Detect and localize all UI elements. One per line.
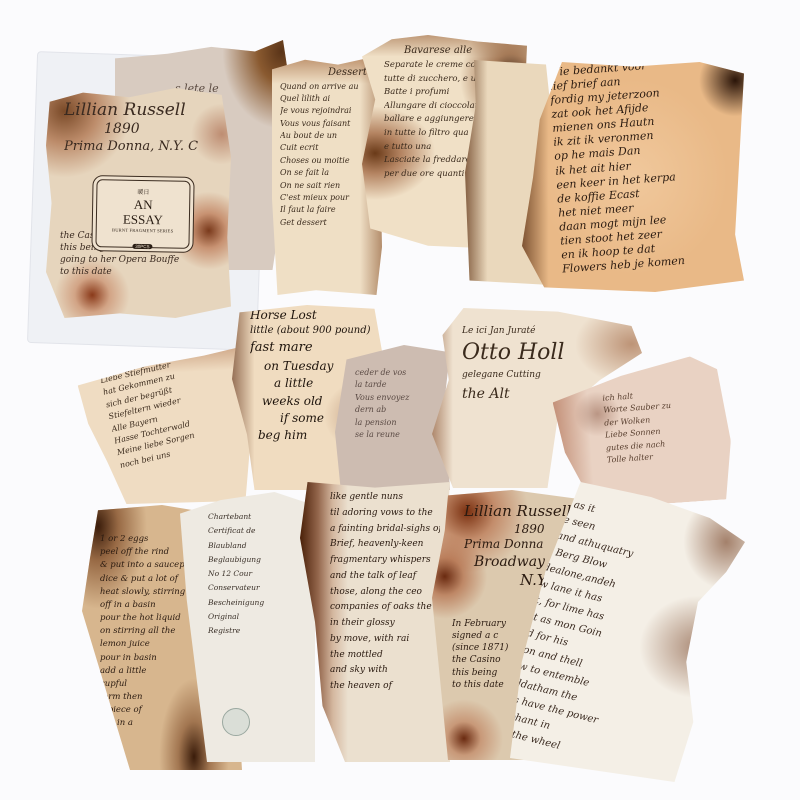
paper-piece-gray-letter: ceder de vos la tarde Vous envoyez dern … bbox=[335, 345, 450, 490]
handwriting-line: Bescheinigung bbox=[208, 596, 305, 610]
handwriting-heading: Dessert bbox=[280, 65, 372, 81]
handwriting-line: dern ab bbox=[355, 404, 440, 416]
handwriting-line: Registre bbox=[208, 624, 305, 638]
package-title-line2: ESSAY bbox=[97, 212, 189, 227]
cover-handwriting-title: Prima Donna, N.Y. C bbox=[64, 139, 221, 155]
handwriting-line: in their glossy bbox=[330, 616, 440, 632]
handwriting-line: til adoring vows to the bbox=[330, 506, 440, 522]
calligraphy-title: Otto Holl bbox=[462, 339, 632, 368]
handwriting-line: On se fait la bbox=[280, 167, 372, 179]
handwriting-line: Cuit ecrit bbox=[280, 142, 372, 154]
handwriting-heading: Horse Lost bbox=[250, 307, 372, 324]
handwriting-line: the heaven of bbox=[330, 679, 440, 695]
handwriting-line: ceder de vos bbox=[355, 367, 440, 379]
handwriting-line: la pension bbox=[355, 417, 440, 429]
cover-handwriting-line: going to her Opera Bouffe bbox=[60, 254, 221, 266]
handwriting-line: Get dessert bbox=[280, 217, 372, 229]
handwriting-line: Le ici Jan Juraté bbox=[462, 324, 632, 339]
handwriting-line: Original bbox=[208, 610, 305, 624]
paper-piece-german-script: Liebe Stiefmutter hat Gekommen zu sich d… bbox=[76, 346, 254, 510]
handwriting-line: Au bout de un bbox=[280, 130, 372, 142]
handwriting-line: Choses ou moitie bbox=[280, 155, 372, 167]
cover-handwriting-line: to this date bbox=[60, 266, 221, 278]
handwriting-heading: Bavarese alle bbox=[384, 43, 517, 59]
handwriting-line: Brief, heavenly-keen bbox=[330, 537, 440, 553]
package-series: BURNT FRAGMENT SERIES bbox=[97, 227, 189, 234]
handwriting-line: like gentle nuns bbox=[330, 490, 440, 506]
handwriting-line: fragmentary whispers bbox=[330, 553, 440, 569]
product-photo: s lete le mm. tun ahl fur Lillian Russel… bbox=[0, 0, 800, 800]
handwriting-line: se la reune bbox=[355, 429, 440, 441]
handwriting-line: Quel lilith ai bbox=[280, 93, 372, 105]
cover-handwriting-year: 1890 bbox=[64, 121, 221, 139]
handwriting-line: No 12 Cour bbox=[208, 567, 305, 581]
count-badge: 30PCS bbox=[132, 244, 152, 249]
handwriting-line: a fainting bridal-sighs of bbox=[330, 522, 440, 538]
cover-handwriting-name: Lillian Russell bbox=[64, 100, 221, 121]
official-stamp-icon bbox=[222, 708, 250, 736]
handwriting-name: Lillian Russell bbox=[464, 502, 582, 522]
paper-piece-dutch-letter: Wie bedankt voor lief brief aan fordig m… bbox=[522, 62, 744, 292]
handwriting-line: little (about 900 pound) bbox=[250, 324, 372, 339]
handwriting-line: Vous vous faisant bbox=[280, 118, 372, 130]
handwriting-line: the mottled bbox=[330, 648, 440, 664]
handwriting-line: Il faut la faire bbox=[280, 204, 372, 216]
handwriting-line: those, along the ceo bbox=[330, 585, 440, 601]
handwriting-line: fast mare bbox=[250, 339, 372, 358]
brand-logo: 暖日 bbox=[97, 186, 189, 197]
handwriting-line: and sky with bbox=[330, 663, 440, 679]
handwriting-line: companies of oaks the bbox=[330, 600, 440, 616]
handwriting-line: Conservateur bbox=[208, 581, 305, 595]
package-title-line1: AN bbox=[97, 197, 189, 212]
handwriting-line: by move, with rai bbox=[330, 632, 440, 648]
handwriting-line: gelegane Cutting bbox=[462, 368, 632, 383]
handwriting-line: Quand on arrive au bbox=[280, 81, 372, 93]
package-label: 暖日 AN ESSAY BURNT FRAGMENT SERIES 30PCS bbox=[95, 179, 190, 249]
handwriting-line: Certificat de bbox=[208, 524, 305, 538]
handwriting-line: Beglaubigung bbox=[208, 553, 305, 567]
handwriting-line: Vous envoyez bbox=[355, 392, 440, 404]
handwriting-line: la tarde bbox=[355, 379, 440, 391]
handwriting-line: Blaubland bbox=[208, 539, 305, 553]
handwriting-line: Chartebant bbox=[208, 510, 305, 524]
handwriting-line: On ne sait rien bbox=[280, 180, 372, 192]
handwriting-line: Je vous rejoindrai bbox=[280, 105, 372, 117]
handwriting-line: and the talk of leaf bbox=[330, 569, 440, 585]
handwriting-line: C'est mieux pour bbox=[280, 192, 372, 204]
paper-piece-poem: like gentle nuns til adoring vows to the… bbox=[300, 482, 450, 762]
